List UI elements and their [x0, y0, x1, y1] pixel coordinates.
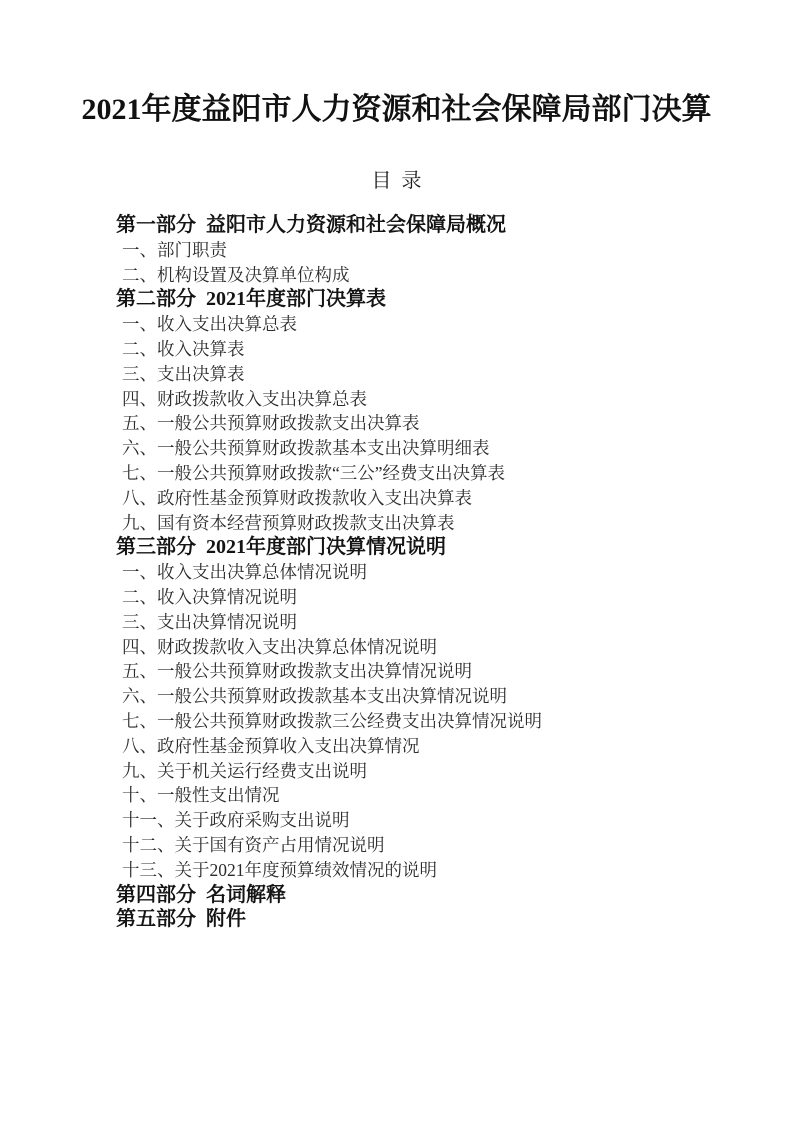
toc-item: 四、财政拨款收入支出决算总表 [116, 387, 737, 412]
toc-item: 五、一般公共预算财政拨款支出决算表 [116, 411, 737, 436]
toc-item: 十三、关于2021年度预算绩效情况的说明 [116, 858, 737, 883]
toc-item: 七、一般公共预算财政拨款“三公”经费支出决算表 [116, 461, 737, 486]
toc-title: 目 录 [0, 168, 793, 194]
page-title: 2021年度益阳市人力资源和社会保障局部门决算 [0, 0, 793, 132]
toc-item: 三、支出决算表 [116, 362, 737, 387]
toc-item: 十、一般性支出情况 [116, 783, 737, 808]
toc-item: 一、收入支出决算总体情况说明 [116, 560, 737, 585]
toc-section-heading: 第二部分 2021年度部门决算表 [116, 287, 737, 312]
toc-section-heading: 第四部分 名词解释 [116, 883, 737, 908]
toc-section-heading: 第一部分 益阳市人力资源和社会保障局概况 [116, 213, 737, 238]
toc-section-heading: 第三部分 2021年度部门决算情况说明 [116, 535, 737, 560]
toc-item: 七、一般公共预算财政拨款三公经费支出决算情况说明 [116, 709, 737, 734]
toc-item: 三、支出决算情况说明 [116, 610, 737, 635]
toc-item: 十二、关于国有资产占用情况说明 [116, 833, 737, 858]
table-of-contents: 第一部分 益阳市人力资源和社会保障局概况一、部门职责二、机构设置及决算单位构成第… [0, 213, 793, 932]
toc-item: 九、国有资本经营预算财政拨款支出决算表 [116, 511, 737, 536]
toc-item: 二、收入决算表 [116, 337, 737, 362]
toc-item: 二、机构设置及决算单位构成 [116, 263, 737, 288]
toc-item: 九、关于机关运行经费支出说明 [116, 759, 737, 784]
toc-item: 一、收入支出决算总表 [116, 312, 737, 337]
toc-item: 八、政府性基金预算收入支出决算情况 [116, 734, 737, 759]
toc-item: 六、一般公共预算财政拨款基本支出决算明细表 [116, 436, 737, 461]
toc-section-heading: 第五部分 附件 [116, 907, 737, 932]
toc-item: 六、一般公共预算财政拨款基本支出决算情况说明 [116, 684, 737, 709]
toc-item: 二、收入决算情况说明 [116, 585, 737, 610]
toc-item: 四、财政拨款收入支出决算总体情况说明 [116, 635, 737, 660]
document-page: 2021年度益阳市人力资源和社会保障局部门决算 目 录 第一部分 益阳市人力资源… [0, 0, 793, 1122]
toc-item: 五、一般公共预算财政拨款支出决算情况说明 [116, 659, 737, 684]
toc-item: 八、政府性基金预算财政拨款收入支出决算表 [116, 486, 737, 511]
toc-item: 十一、关于政府采购支出说明 [116, 808, 737, 833]
toc-item: 一、部门职责 [116, 238, 737, 263]
